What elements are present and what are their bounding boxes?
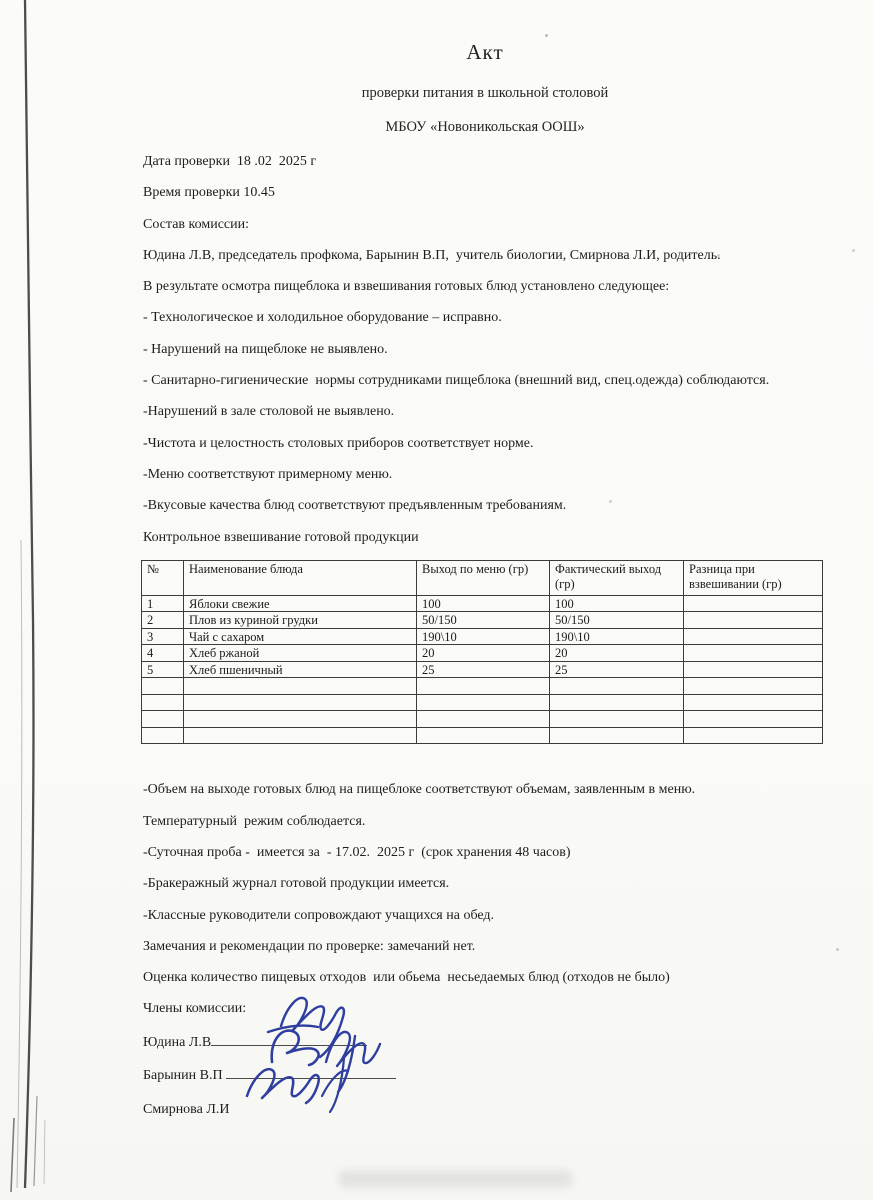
doc-paragraph: -Объем на выходе готовых блюд на пищебло… <box>143 781 827 799</box>
table-row: 5 Хлеб пшеничный 25 25 <box>142 661 823 678</box>
cell-menu-weight: 190\10 <box>417 628 550 645</box>
cell-weight-difference <box>684 595 823 612</box>
cell-dish-name <box>184 694 417 711</box>
cell-number <box>142 727 184 744</box>
signature-member-name: Барынин В.П <box>143 1068 226 1083</box>
scan-noise-dot <box>545 34 548 37</box>
signature-member-name: Смирнова Л.И <box>143 1102 233 1117</box>
table-row <box>142 678 823 695</box>
cell-actual-weight <box>550 727 684 744</box>
doc-paragraph: Контрольное взвешивание готовой продукци… <box>143 529 827 547</box>
cell-dish-name <box>184 678 417 695</box>
table-row: 4 Хлеб ржаной 20 20 <box>142 645 823 662</box>
doc-subtitle-1: проверки питания в школьной столовой <box>143 85 827 102</box>
cell-actual-weight <box>550 711 684 728</box>
cell-menu-weight: 100 <box>417 595 550 612</box>
doc-title: Акт <box>143 40 827 65</box>
scan-line-cluster-1 <box>11 1118 14 1192</box>
table-row <box>142 711 823 728</box>
scanned-document-page: Акт проверки питания в школьной столовой… <box>0 0 873 1200</box>
doc-paragraph: -Суточная проба - имеется за - 17.02. 20… <box>143 844 827 862</box>
cell-dish-name: Хлеб ржаной <box>184 645 417 662</box>
doc-paragraph: Юдина Л.В, председатель профкома, Барыни… <box>143 247 827 265</box>
cell-number: 2 <box>142 612 184 629</box>
cell-menu-weight <box>417 727 550 744</box>
scan-line-left-echo <box>17 540 22 1188</box>
doc-paragraph: -Меню соответствуют примерному меню. <box>143 466 827 484</box>
cell-actual-weight: 25 <box>550 661 684 678</box>
cell-number <box>142 694 184 711</box>
cell-weight-difference <box>684 727 823 744</box>
cell-number: 1 <box>142 595 184 612</box>
cell-menu-weight: 20 <box>417 645 550 662</box>
doc-paragraph: -Вкусовые качества блюд соответствуют пр… <box>143 497 827 515</box>
cell-number <box>142 711 184 728</box>
scan-line-cluster-3 <box>44 1120 45 1184</box>
document-content: Акт проверки питания в школьной столовой… <box>143 40 827 1132</box>
doc-paragraph: Время проверки 10.45 <box>143 184 827 202</box>
cell-weight-difference <box>684 711 823 728</box>
table-row: 3 Чай с сахаром 190\10 190\10 <box>142 628 823 645</box>
doc-paragraph: -Чистота и целостность столовых приборов… <box>143 435 827 453</box>
table-header-cell: Наименование блюда <box>184 560 417 595</box>
cell-weight-difference <box>684 694 823 711</box>
doc-subtitle-2: МБОУ «Новоникольская ООШ» <box>143 119 827 136</box>
cell-actual-weight: 50/150 <box>550 612 684 629</box>
cell-number: 5 <box>142 661 184 678</box>
cell-weight-difference <box>684 661 823 678</box>
scan-noise-dot <box>852 249 855 252</box>
doc-paragraph: -Классные руководители сопровождают учащ… <box>143 907 827 925</box>
cell-actual-weight: 190\10 <box>550 628 684 645</box>
cell-actual-weight <box>550 694 684 711</box>
cell-menu-weight <box>417 678 550 695</box>
signature-row: Смирнова Л.И <box>143 1099 827 1133</box>
cell-dish-name <box>184 727 417 744</box>
table-header-cell: Выход по меню (гр) <box>417 560 550 595</box>
scan-noise-dot <box>609 500 612 503</box>
cell-dish-name: Яблоки свежие <box>184 595 417 612</box>
table-header-cell: Разница при взвешивании (гр) <box>684 560 823 595</box>
signatures-block: Юдина Л.В Барынин В.П Смирнова Л.И <box>143 1032 827 1133</box>
table-row <box>142 727 823 744</box>
cell-actual-weight <box>550 678 684 695</box>
cell-number: 4 <box>142 645 184 662</box>
signature-line <box>226 1065 396 1079</box>
doc-paragraph: Дата проверки 18 .02 2025 г <box>143 153 827 171</box>
scan-line-left <box>25 0 34 1188</box>
signature-member-name: Юдина Л.В <box>143 1035 211 1050</box>
cell-number: 3 <box>142 628 184 645</box>
scan-noise-dot <box>717 254 720 257</box>
cell-actual-weight: 100 <box>550 595 684 612</box>
doc-paragraph: - Технологическое и холодильное оборудов… <box>143 309 827 327</box>
cell-menu-weight <box>417 694 550 711</box>
cell-weight-difference <box>684 678 823 695</box>
cell-actual-weight: 20 <box>550 645 684 662</box>
cell-dish-name: Чай с сахаром <box>184 628 417 645</box>
doc-paragraph: -Бракеражный журнал готовой продукции им… <box>143 875 827 893</box>
paragraphs-top: Дата проверки 18 .02 2025 г Время провер… <box>143 153 827 547</box>
doc-paragraph: Состав комиссии: <box>143 216 827 234</box>
doc-paragraph: - Санитарно-гигиенические нормы сотрудни… <box>143 372 827 390</box>
cell-menu-weight <box>417 711 550 728</box>
doc-paragraph: -Нарушений в зале столовой не выявлено. <box>143 403 827 421</box>
cell-weight-difference <box>684 612 823 629</box>
cell-dish-name: Плов из куриной грудки <box>184 612 417 629</box>
signature-line <box>211 1032 367 1046</box>
table-header-cell: № <box>142 560 184 595</box>
cell-dish-name <box>184 711 417 728</box>
scan-line-cluster-2 <box>34 1096 37 1186</box>
doc-paragraph: В результате осмотра пищеблока и взвешив… <box>143 278 827 296</box>
cell-weight-difference <box>684 645 823 662</box>
signature-row: Барынин В.П <box>143 1065 827 1099</box>
doc-paragraph: - Нарушений на пищеблоке не выявлено. <box>143 341 827 359</box>
table-row <box>142 694 823 711</box>
scan-noise-dot <box>836 948 839 951</box>
signature-row: Юдина Л.В <box>143 1032 827 1066</box>
cell-menu-weight: 50/150 <box>417 612 550 629</box>
table-header-cell: Фактический выход (гр) <box>550 560 684 595</box>
cell-menu-weight: 25 <box>417 661 550 678</box>
doc-paragraph: Члены комиссии: <box>143 1000 827 1018</box>
doc-paragraph: Замечания и рекомендации по проверке: за… <box>143 938 827 956</box>
doc-paragraph: Оценка количество пищевых отходов или об… <box>143 969 827 987</box>
scan-smudge <box>338 1170 573 1188</box>
paragraphs-bottom: -Объем на выходе готовых блюд на пищебло… <box>143 781 827 1018</box>
table-header-row: № Наименование блюда Выход по меню (гр) … <box>142 560 823 595</box>
cell-number <box>142 678 184 695</box>
control-weighing-table: № Наименование блюда Выход по меню (гр) … <box>141 560 823 745</box>
cell-dish-name: Хлеб пшеничный <box>184 661 417 678</box>
doc-paragraph: Температурный режим соблюдается. <box>143 813 827 831</box>
table-row: 2 Плов из куриной грудки 50/150 50/150 <box>142 612 823 629</box>
table-row: 1 Яблоки свежие 100 100 <box>142 595 823 612</box>
cell-weight-difference <box>684 628 823 645</box>
